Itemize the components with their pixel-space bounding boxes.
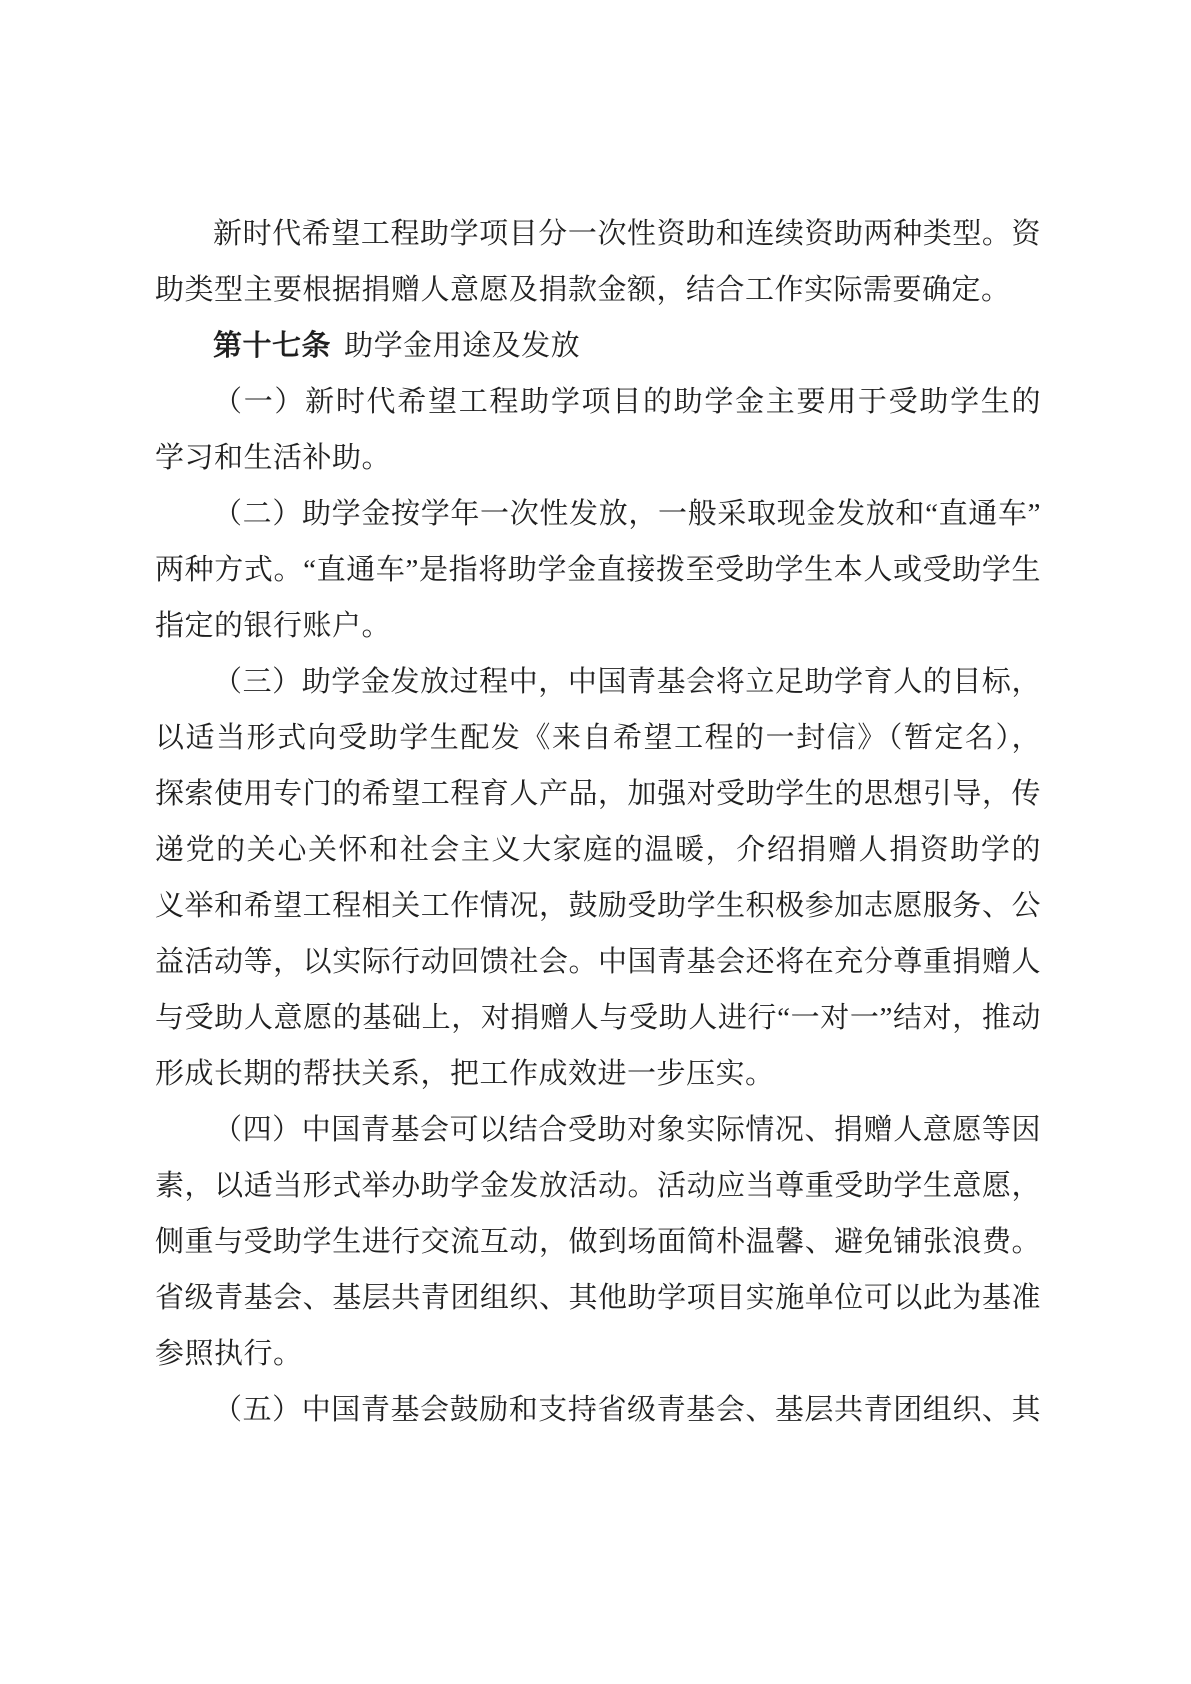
text-line: 义举和希望工程相关工作情况，鼓励受助学生积极参加志愿服务、公 [155,878,1041,934]
text-line: 侧重与受助学生进行交流互动，做到场面简朴温馨、避免铺张浪费。 [155,1214,1041,1270]
text-line: 两种方式。“直通车”是指将助学金直接拨至受助学生本人或受助学生 [155,542,1041,598]
text-line: （五）中国青基会鼓励和支持省级青基会、基层共青团组织、其 [155,1382,1041,1438]
article-heading-title: 助学金用途及发放 [344,330,580,362]
text-line: 与受助人意愿的基础上，对捐赠人与受助人进行“一对一”结对，推动 [155,990,1041,1046]
text-line: （四）中国青基会可以结合受助对象实际情况、捐赠人意愿等因 [155,1102,1041,1158]
text-line: 新时代希望工程助学项目分一次性资助和连续资助两种类型。资 [155,206,1041,262]
text-line: 素，以适当形式举办助学金发放活动。活动应当尊重受助学生意愿， [155,1158,1041,1214]
text-line: 省级青基会、基层共青团组织、其他助学项目实施单位可以此为基准 [155,1270,1041,1326]
text-line: 学习和生活补助。 [155,430,1041,486]
text-line: 益活动等，以实际行动回馈社会。中国青基会还将在充分尊重捐赠人 [155,934,1041,990]
text-line: 参照执行。 [155,1326,1041,1382]
text-line: 形成长期的帮扶关系，把工作成效进一步压实。 [155,1046,1041,1102]
text-line: 助类型主要根据捐赠人意愿及捐款金额，结合工作实际需要确定。 [155,262,1041,318]
text-line: 以适当形式向受助学生配发《来自希望工程的一封信》（暂定名）， [155,710,1041,766]
article-heading-number: 第十七条 [213,330,331,362]
article-heading-line: 第十七条助学金用途及发放 [155,318,1041,374]
text-line: 探索使用专门的希望工程育人产品，加强对受助学生的思想引导，传 [155,766,1041,822]
text-line: （一）新时代希望工程助学项目的助学金主要用于受助学生的 [155,374,1041,430]
text-line: 递党的关心关怀和社会主义大家庭的温暖，介绍捐赠人捐资助学的 [155,822,1041,878]
text-line: （三）助学金发放过程中，中国青基会将立足助学育人的目标， [155,654,1041,710]
document-page: 新时代希望工程助学项目分一次性资助和连续资助两种类型。资助类型主要根据捐赠人意愿… [0,0,1191,1684]
text-block: 新时代希望工程助学项目分一次性资助和连续资助两种类型。资助类型主要根据捐赠人意愿… [155,206,1041,1438]
text-line: （二）助学金按学年一次性发放，一般采取现金发放和“直通车” [155,486,1041,542]
text-line: 指定的银行账户。 [155,598,1041,654]
